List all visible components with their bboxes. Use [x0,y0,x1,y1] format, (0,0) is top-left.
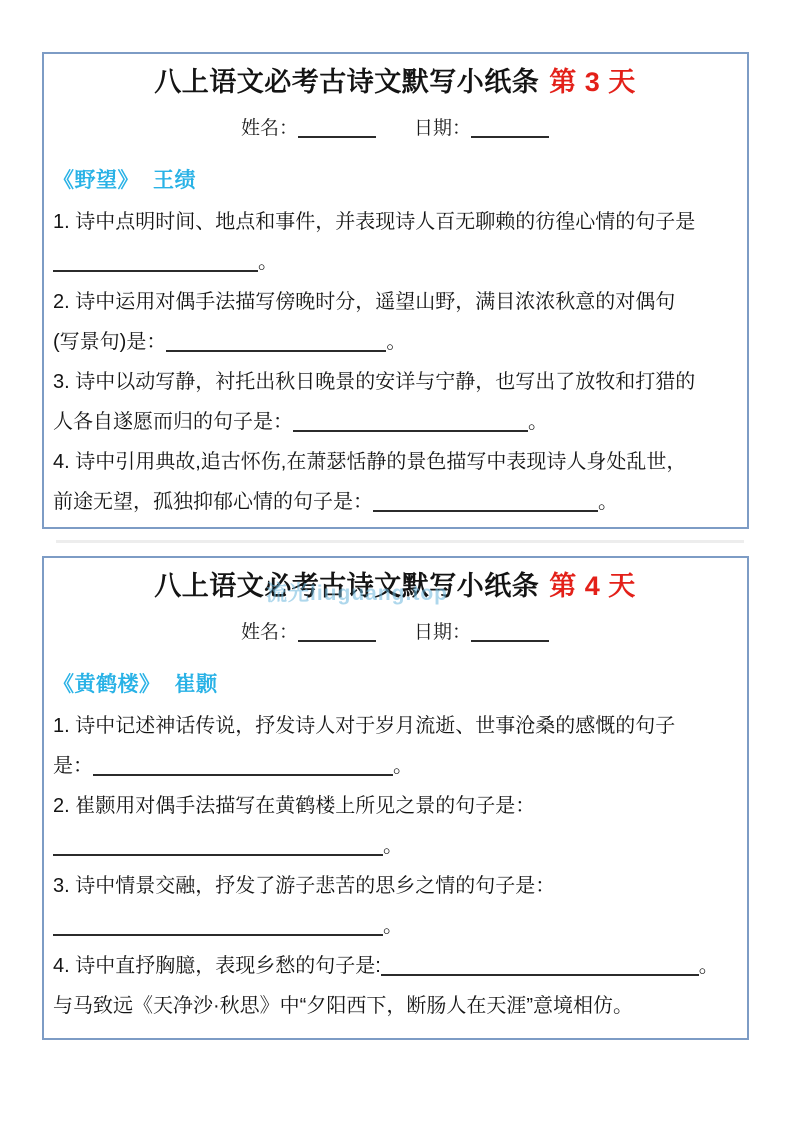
day-badge: 第 3 天 [549,67,636,97]
question-text: 。 [528,411,548,433]
question-text: 4. 诗中直抒胸臆，表现乡愁的句子是: [53,955,381,977]
question-text: 。 [258,251,278,273]
card-title: 八上语文必考古诗文默写小纸条第 4 天 [53,568,737,604]
question-list: 1. 诗中记述神话传说，抒发诗人对于岁月流逝、世事沧桑的感慨的句子 是：。 2.… [53,706,737,1026]
name-blank [298,136,376,138]
day-badge: 第 4 天 [549,571,636,601]
name-blank [298,640,376,642]
name-date-row: 姓名：日期： [53,617,737,644]
question-1: 1. 诗中记述神话传说，抒发诗人对于岁月流逝、世事沧桑的感慨的句子 是：。 [53,706,737,786]
poet-name: 崔颢 [175,673,218,696]
question-text: 。 [386,331,406,353]
date-label: 日期： [414,622,471,643]
answer-blank [293,430,528,432]
question-text: 1. 诗中点明时间、地点和事件，并表现诗人百无聊赖的彷徨心情的句子是 [53,211,695,233]
question-1: 1. 诗中点明时间、地点和事件，并表现诗人百无聊赖的彷徨心情的句子是 。 [53,202,737,282]
question-text: 1. 诗中记述神话传说，抒发诗人对于岁月流逝、世事沧桑的感慨的句子 是： [53,715,675,777]
card-title: 八上语文必考古诗文默写小纸条第 3 天 [53,64,737,100]
name-date-row: 姓名：日期： [53,113,737,140]
poem-heading: 《野望》王绩 [53,164,737,194]
date-blank [471,640,549,642]
answer-blank [373,510,598,512]
question-4: 4. 诗中直抒胸臆，表现乡愁的句子是:。 与马致远《天净沙·秋思》中“夕阳西下，… [53,946,737,1026]
question-text: 2. 诗中运用对偶手法描写傍晚时分，遥望山野，满目浓浓秋意的对偶句 (写景句)是… [53,291,675,353]
date-blank [471,136,549,138]
answer-blank [93,774,393,776]
poem-heading: 《黄鹤楼》崔颢 [53,668,737,698]
card-title-text: 八上语文必考古诗文默写小纸条 [154,571,539,601]
question-2: 2. 崔颢用对偶手法描写在黄鹤楼上所见之景的句子是： 。 [53,786,737,866]
name-label: 姓名： [241,622,298,643]
question-list: 1. 诗中点明时间、地点和事件，并表现诗人百无聊赖的彷徨心情的句子是 。 2. … [53,202,737,522]
question-text: 3. 诗中情景交融，抒发了游子悲苦的思乡之情的句子是： [53,875,555,897]
question-text: 。 [383,835,403,857]
page-divider-line [56,540,744,543]
question-text: 。 [598,491,618,513]
date-label: 日期： [414,118,471,139]
worksheet-card-day3: 八上语文必考古诗文默写小纸条第 3 天 姓名：日期： 《野望》王绩 1. 诗中点… [42,52,749,529]
poem-title: 《黄鹤楼》 [53,673,161,696]
name-label: 姓名： [241,118,298,139]
answer-blank [53,854,383,856]
poet-name: 王绩 [153,169,196,192]
worksheet-card-day4: 流光liuguang.top 八上语文必考古诗文默写小纸条第 4 天 姓名：日期… [42,556,749,1040]
question-text: 3. 诗中以动写静，衬托出秋日晚景的安详与宁静，也写出了放牧和打猎的 人各自遂愿… [53,371,695,433]
question-text: 。 [393,755,413,777]
worksheet-page: 八上语文必考古诗文默写小纸条第 3 天 姓名：日期： 《野望》王绩 1. 诗中点… [0,0,793,1121]
answer-blank [53,270,258,272]
answer-blank [381,974,699,976]
question-text: 4. 诗中引用典故,追古怀伤,在萧瑟恬静的景色描写中表现诗人身处乱世， 前途无望… [53,451,686,513]
question-text: 。 [383,915,403,937]
question-2: 2. 诗中运用对偶手法描写傍晚时分，遥望山野，满目浓浓秋意的对偶句 (写景句)是… [53,282,737,362]
question-3: 3. 诗中以动写静，衬托出秋日晚景的安详与宁静，也写出了放牧和打猎的 人各自遂愿… [53,362,737,442]
poem-title: 《野望》 [53,169,139,192]
question-text: 2. 崔颢用对偶手法描写在黄鹤楼上所见之景的句子是： [53,795,535,817]
answer-blank [166,350,386,352]
question-3: 3. 诗中情景交融，抒发了游子悲苦的思乡之情的句子是： 。 [53,866,737,946]
question-4: 4. 诗中引用典故,追古怀伤,在萧瑟恬静的景色描写中表现诗人身处乱世， 前途无望… [53,442,737,522]
answer-blank [53,934,383,936]
card-title-text: 八上语文必考古诗文默写小纸条 [154,67,539,97]
